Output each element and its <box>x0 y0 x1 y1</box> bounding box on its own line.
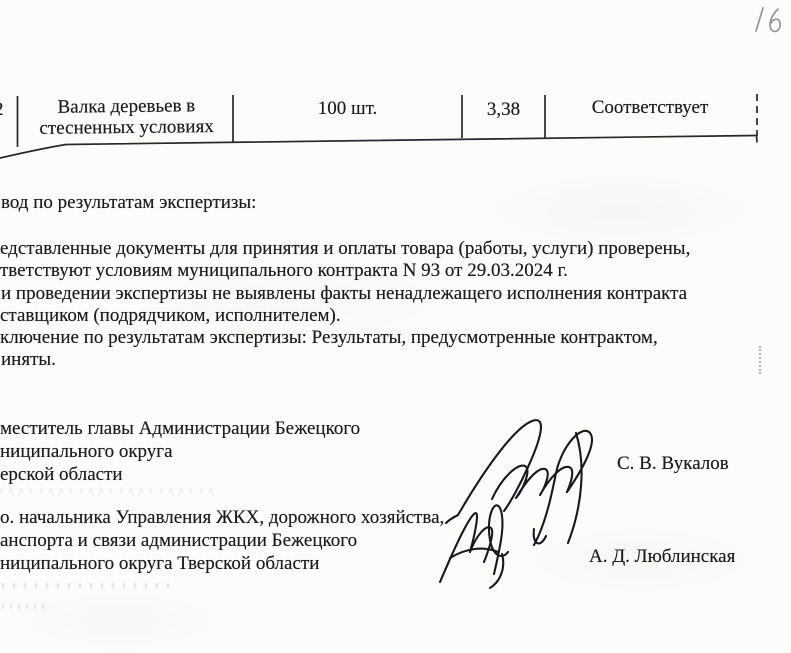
table-borders <box>0 0 791 180</box>
table-cell-quantity: 100 шт. <box>233 98 462 120</box>
signer2-title-line: о. начальника Управления ЖКХ, дорожного … <box>0 507 444 529</box>
signer2-name: А. Д. Люблинская <box>589 546 735 568</box>
body-line: ставщиком (подрядчиком, исполнителем). <box>0 305 341 327</box>
signer2-title-line: анспорта и связи администрации Бежецкого <box>0 530 357 552</box>
scanned-document-page: 2 Валка деревьев в стесненных условиях 1… <box>0 0 791 653</box>
signature-lyublinskaya <box>428 496 528 596</box>
table-row-number: 2 <box>0 99 4 121</box>
signer1-title-line: меститель главы Администрации Бежецкого <box>0 418 360 440</box>
body-line: тветствуют условиям муниципального контр… <box>0 260 568 282</box>
body-line: иняты. <box>1 349 56 371</box>
signer1-name: С. В. Вукалов <box>617 453 729 475</box>
scan-noise-streak <box>2 583 172 588</box>
signer1-title-line: ерской области <box>0 464 123 486</box>
scan-noise-streak <box>2 603 48 609</box>
scan-noise-streak <box>0 489 220 493</box>
signer1-title-line: ниципального округа <box>0 441 173 463</box>
scan-noise-dashes <box>759 346 761 374</box>
body-line: едставленные документы для принятия и оп… <box>0 238 690 260</box>
table-cell-item: Валка деревьев в стесненных условиях <box>24 95 229 139</box>
table-cell-conformity: Соответствует <box>545 97 755 119</box>
signer2-title-line: ниципального округа Тверской области <box>0 553 319 575</box>
expertise-conclusion-heading: вод по результатам экспертизы: <box>1 192 256 214</box>
body-line: ключение по результатам экспертизы: Резу… <box>0 327 658 349</box>
body-line: и проведении экспертизы не выявлены факт… <box>1 283 687 305</box>
table-cell-value: 3,38 <box>462 99 545 121</box>
